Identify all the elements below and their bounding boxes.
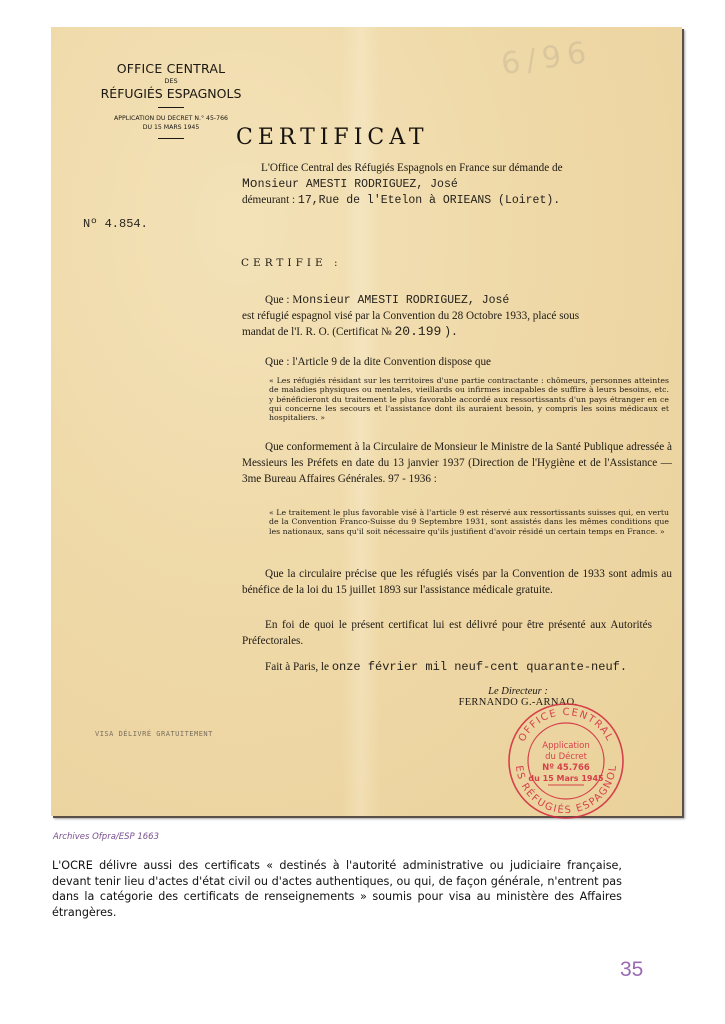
letterhead-line3: RÉFUGIÉS ESPAGNOLS [81,86,261,101]
certificate-scan: 6/96 OFFICE CENTRAL DES RÉFUGIÉS ESPAGNO… [51,27,682,816]
decree-line1: APPLICATION DU DECRET N.° 45-766 [81,114,261,123]
clause1-name: onsieur AMESTI RODRIGUEZ, José [302,294,509,307]
clause2-quote: « Les réfugiés résidant sur les territoi… [269,376,669,422]
iro-certificate-number: 20.199 [395,324,442,339]
letterhead: OFFICE CENTRAL DES RÉFUGIÉS ESPAGNOLS AP… [81,61,261,145]
address-value: 17,Rue de l'Etelon à ORIEANS (Loiret). [298,194,560,207]
intro-name-line: Monsieur AMESTI RODRIGUEZ, José [242,176,672,193]
clause4-text: Que la circulaire précise que les réfugi… [242,566,672,598]
clause1-line1: Que : Monsieur AMESTI RODRIGUEZ, José [265,292,665,309]
stamp-ring-top: OFFICE CENTRAL [517,707,615,744]
signature-role: Le Directeur : [443,686,593,697]
clause1-line3-suffix: ). [444,326,458,339]
intro-line: L'Office Central des Réfugiés Espagnols … [261,160,671,176]
certifie-heading: CERTIFIE : [241,257,342,269]
archive-caption: Archives Ofpra/ESP 1663 [53,832,159,842]
letterhead-line1: OFFICE CENTRAL [81,61,261,76]
stamp-line2: du Décret [545,751,587,762]
intro-name-prefix: Mo [242,176,258,191]
page-number: 35 [620,958,643,982]
pencil-mark: 6/96 [499,35,594,82]
certificate-number: Nº 4.854. [83,217,148,231]
clause2-text: Que : l'Article 9 de la dite Convention … [265,354,665,370]
clause1-line3: mandat de l'I. R. O. (Certificat № 20.19… [242,324,672,341]
clause1-line3-prefix: mandat de l'I. R. O. (Certificat № [242,326,392,338]
document-title: CERTIFICAT [236,125,429,150]
date-value: onze février mil neuf-cent quarante-neuf… [332,660,627,674]
clause1-line2: est réfugié espagnol visé par la Convent… [242,308,672,324]
clause3-text: Que conformement à la Circulaire de Mons… [242,439,672,487]
intro-text: L'Office Central des Réfugiés Espagnols … [261,160,671,176]
intro-name: nsieur AMESTI RODRIGUEZ, José [258,178,458,191]
clause3-quote: « Le traitement le plus favorable visé à… [269,508,669,536]
letterhead-rule [158,107,184,108]
explanatory-paragraph: L'OCRE délivre aussi des certificats « d… [52,858,622,920]
decree-line2: DU 15 MARS 1945 [81,123,261,132]
visa-stamp-text: VISA DÉLIVRÉ GRATUITEMENT [95,730,213,738]
stamp-line4: du 15 Mars 1945 [528,774,604,783]
clause5-text: En foi de quoi le présent certificat lui… [242,617,652,649]
clause1-label: Que : M [265,294,302,306]
svg-text:OFFICE CENTRAL: OFFICE CENTRAL [517,707,615,744]
stamp-line1: Application [542,741,590,751]
address-label: démeurant : [242,194,295,206]
place-label: Fait à Paris, le [265,661,329,673]
place-date-line: Fait à Paris, le onze février mil neuf-c… [265,659,685,675]
letterhead-line2: DES [81,77,261,85]
letterhead-rule-bottom [158,138,184,139]
intro-address-line: démeurant : 17,Rue de l'Etelon à ORIEANS… [242,192,672,209]
stamp-line3: Nº 45.766 [542,763,590,773]
official-stamp-icon: OFFICE CENTRAL DES RÉFUGIÉS ESPAGNOLS Ap… [506,701,626,821]
